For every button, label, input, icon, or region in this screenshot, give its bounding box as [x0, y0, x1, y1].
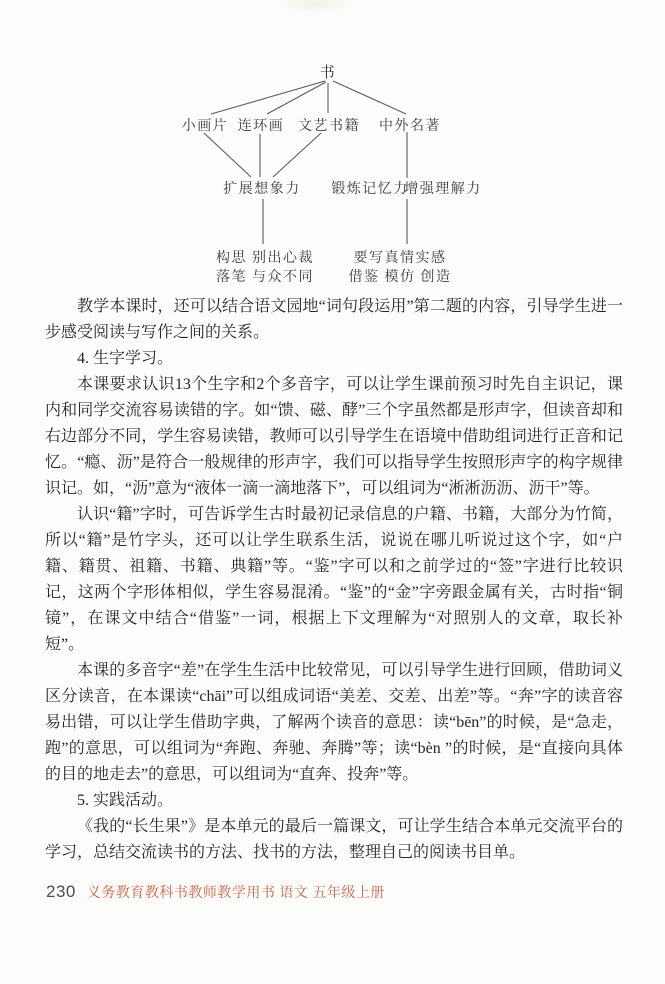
diagram-node-book: 书 [320, 63, 337, 81]
paragraph-section-4-heading: 4. 生字学习。 [45, 346, 623, 372]
paragraph-section-5-heading: 5. 实践活动。 [45, 788, 623, 814]
book-page: 书 小画片 连环画 文艺书籍 中外名著 扩展想象力 锻炼记忆力 增强理解力 构思… [0, 0, 665, 984]
diagram-node-famous-works: 中外名著 [379, 117, 441, 134]
book-mind-map-diagram: 书 小画片 连环画 文艺书籍 中外名著 扩展想象力 锻炼记忆力 增强理解力 构思… [0, 0, 665, 300]
connector-line [273, 133, 321, 177]
footer-book-title: 义务教育教科书教师教学用书 语文 五年级上册 [87, 882, 385, 902]
connector-line [267, 82, 326, 114]
paragraph-character-learning: 本课要求认识13个生字和2个多音字，可以让学生课前预习时先自主识记，课内和同学交… [45, 372, 623, 502]
diagram-node-train-memory: 锻炼记忆力 [331, 180, 409, 197]
diagram-node-small-pictures: 小画片 [182, 117, 229, 134]
page-number: 230 [46, 882, 76, 902]
diagram-node-writing-style: 落笔 与众不同 [216, 269, 314, 285]
diagram-node-improve-comprehension: 增强理解力 [404, 180, 482, 197]
paragraph-practice-activity: 《我的“长生果”》是本单元的最后一篇课文，可让学生结合本单元交流平台的学习，总结… [45, 814, 623, 866]
diagram-node-literary-books: 文艺书籍 [298, 117, 360, 134]
paragraph-teaching-tip: 教学本课时，还可以结合语文园地“词句段运用”第二题的内容，引导学生进一步感受阅读… [45, 294, 623, 346]
diagram-node-imitate-create: 借鉴 模仿 创造 [349, 268, 452, 285]
diagram-node-true-feelings: 要写真情实感 [354, 249, 447, 266]
diagram-node-comic-strips: 连环画 [238, 118, 285, 134]
paragraph-polyphonic-characters: 本课的多音字“差”在学生生活中比较常见，可以引导学生进行回顾，借助词义区分读音，… [45, 658, 623, 788]
connector-line [211, 81, 325, 114]
connector-line [333, 81, 406, 114]
connector-line [204, 133, 251, 177]
body-text: 教学本课时，还可以结合语文园地“词句段运用”第二题的内容，引导学生进一步感受阅读… [45, 294, 623, 866]
diagram-node-expand-imagination: 扩展想象力 [223, 180, 301, 197]
diagram-node-conception: 构思 别出心裁 [216, 249, 314, 266]
paragraph-ji-jian-characters: 认识“籍”字时，可告诉学生古时最初记录信息的户籍、书籍，大部分为竹简，所以“籍”… [45, 502, 623, 658]
page-footer: 230 义务教育教科书教师教学用书 语文 五年级上册 [46, 882, 385, 902]
